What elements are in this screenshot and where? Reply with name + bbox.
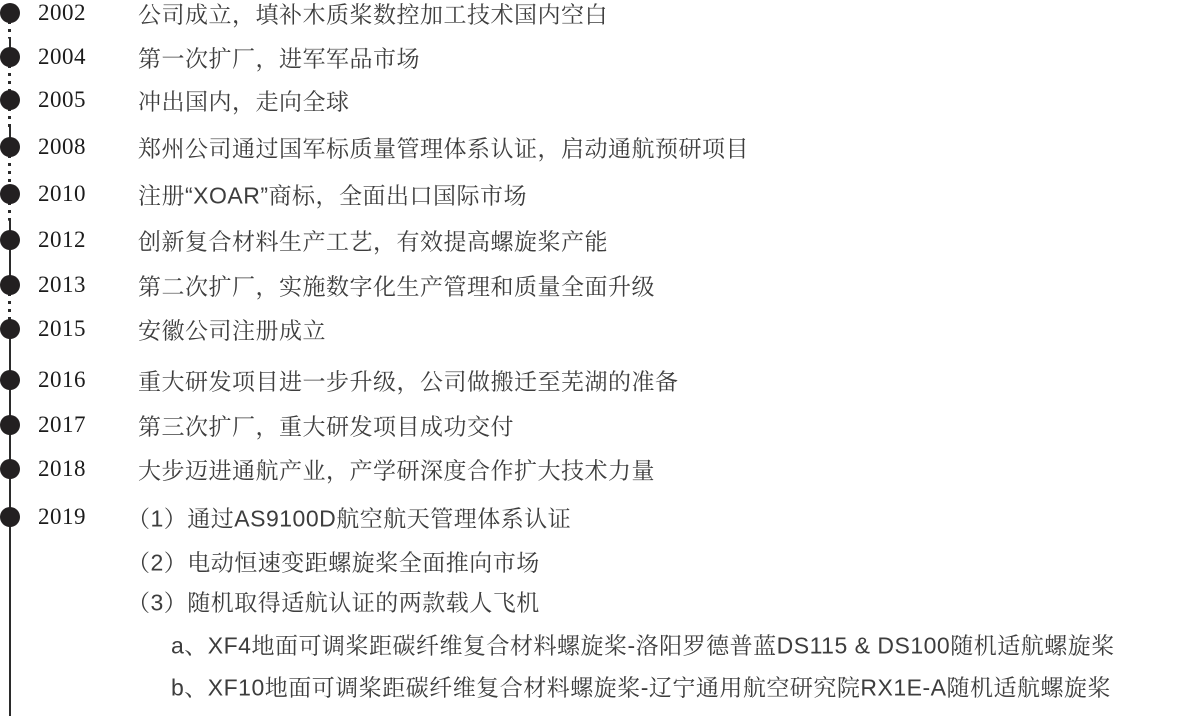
timeline-text: 公司成立，填补木质桨数控加工技术国内空白	[138, 0, 608, 30]
timeline-row: 2002 公司成立，填补木质桨数控加工技术国内空白	[0, 0, 1199, 35]
timeline-year: 2005	[38, 87, 86, 113]
timeline-row: （3）随机取得适航认证的两款载人飞机	[0, 579, 1199, 623]
timeline-text: 注册“XOAR”商标，全面出口国际市场	[138, 178, 527, 211]
timeline-year: 2002	[38, 0, 86, 26]
timeline-year: 2016	[38, 367, 86, 393]
timeline-text: a、XF4地面可调桨距碳纤维复合材料螺旋桨-洛阳罗德普蓝DS115 & DS10…	[171, 628, 1115, 661]
timeline-text: （2）电动恒速变距螺旋桨全面推向市场	[127, 545, 540, 578]
timeline-year: 2018	[38, 456, 86, 482]
timeline-row: 2017 第三次扩厂，重大研发项目成功交付	[0, 403, 1199, 447]
timeline-text: （3）随机取得适航认证的两款载人飞机	[127, 585, 540, 618]
timeline-row: 2016 重大研发项目进一步升级，公司做搬迁至芜湖的准备	[0, 358, 1199, 402]
timeline-row: 2015 安徽公司注册成立	[0, 307, 1199, 351]
timeline-year: 2015	[38, 316, 86, 342]
timeline-row: 2004 第一次扩厂，进军军品市场	[0, 35, 1199, 79]
timeline-text: 创新复合材料生产工艺，有效提高螺旋桨产能	[138, 224, 608, 257]
timeline-row: 2019 （1）通过AS9100D航空航天管理体系认证	[0, 495, 1199, 539]
timeline-text: 第二次扩厂，实施数字化生产管理和质量全面升级	[138, 269, 655, 302]
timeline-text: 第一次扩厂，进军军品市场	[138, 41, 420, 74]
timeline-row: 2005 冲出国内，走向全球	[0, 78, 1199, 122]
timeline-text: b、XF10地面可调桨距碳纤维复合材料螺旋桨-辽宁通用航空研究院RX1E-A随机…	[171, 670, 1111, 703]
timeline-year: 2019	[38, 504, 86, 530]
timeline-row: b、XF10地面可调桨距碳纤维复合材料螺旋桨-辽宁通用航空研究院RX1E-A随机…	[0, 664, 1199, 708]
timeline-row: 2018 大步迈进通航产业，产学研深度合作扩大技术力量	[0, 447, 1199, 491]
company-history-timeline: 2002 公司成立，填补木质桨数控加工技术国内空白 2004 第一次扩厂，进军军…	[0, 0, 1199, 717]
timeline-text: 安徽公司注册成立	[138, 313, 326, 346]
timeline-row: a、XF4地面可调桨距碳纤维复合材料螺旋桨-洛阳罗德普蓝DS115 & DS10…	[0, 622, 1199, 666]
timeline-text: 大步迈进通航产业，产学研深度合作扩大技术力量	[138, 453, 655, 486]
timeline-year: 2010	[38, 181, 86, 207]
timeline-year: 2017	[38, 412, 86, 438]
timeline-year: 2004	[38, 44, 86, 70]
timeline-text: 冲出国内，走向全球	[138, 84, 350, 117]
timeline-text: 郑州公司通过国军标质量管理体系认证，启动通航预研项目	[138, 131, 749, 164]
timeline-row: （2）电动恒速变距螺旋桨全面推向市场	[0, 539, 1199, 583]
timeline-text: （1）通过AS9100D航空航天管理体系认证	[127, 501, 571, 534]
timeline-text: 重大研发项目进一步升级，公司做搬迁至芜湖的准备	[138, 364, 679, 397]
timeline-text: 第三次扩厂，重大研发项目成功交付	[138, 409, 514, 442]
timeline-row: 2012 创新复合材料生产工艺，有效提高螺旋桨产能	[0, 218, 1199, 262]
timeline-row: 2010 注册“XOAR”商标，全面出口国际市场	[0, 172, 1199, 216]
timeline-year: 2008	[38, 134, 86, 160]
timeline-year: 2012	[38, 227, 86, 253]
timeline-row: 2008 郑州公司通过国军标质量管理体系认证，启动通航预研项目	[0, 125, 1199, 169]
timeline-row: 2013 第二次扩厂，实施数字化生产管理和质量全面升级	[0, 263, 1199, 307]
timeline-year: 2013	[38, 272, 86, 298]
